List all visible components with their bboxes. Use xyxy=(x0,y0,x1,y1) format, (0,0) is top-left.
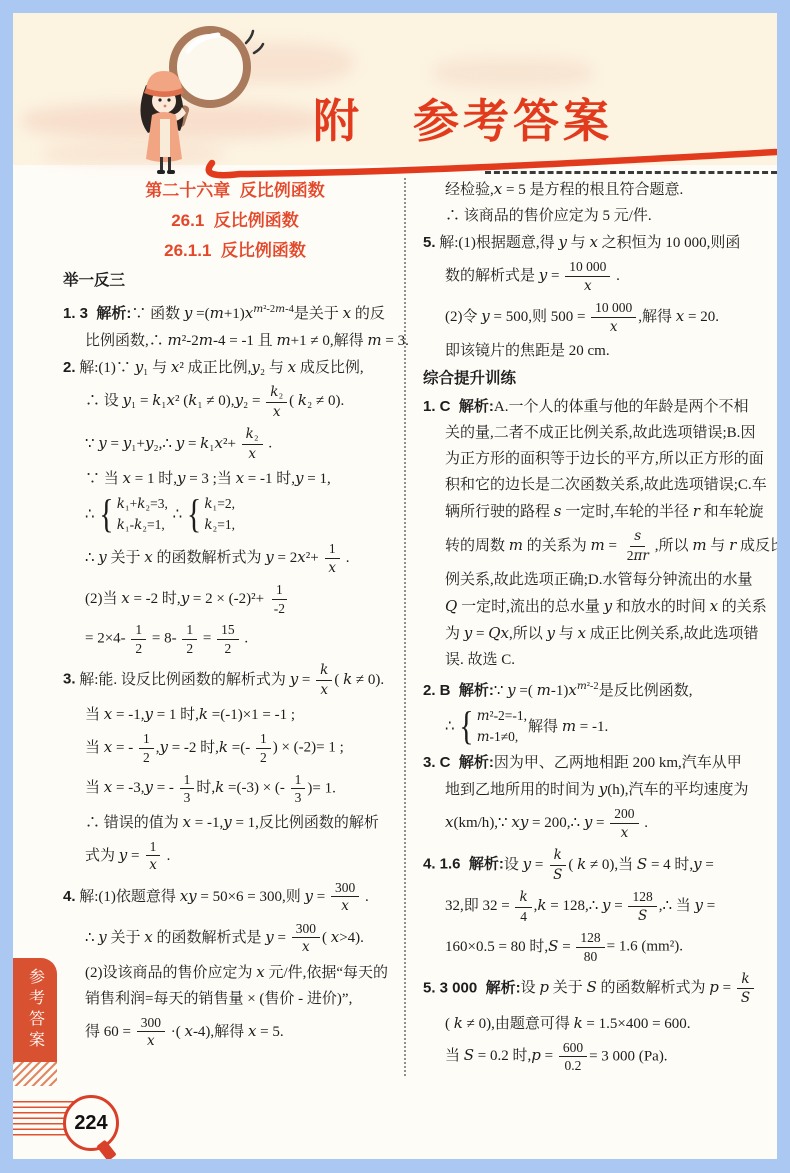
fraction: 12 xyxy=(131,621,146,657)
fraction: k₂x xyxy=(242,425,263,463)
text-line: 式为 y = 1x . xyxy=(63,836,407,877)
text-line: ∴ y 关于 x 的函数解析式为 y = 2x²+ 1x . xyxy=(63,538,407,579)
fraction: 1-2 xyxy=(270,581,289,617)
text-line: 4. 解:(1)依题意得 xy = 50×6 = 300,则 y = 300x … xyxy=(63,877,407,918)
text-line: (2)令 y = 500,则 500 = 10 000x,解得 x = 20. xyxy=(423,297,777,338)
motion-mark-icon xyxy=(246,31,253,43)
text-line: 当 x = -1,y = 1 时,k =(-1)×1 = -1 ; xyxy=(63,701,407,728)
fraction: 13 xyxy=(180,771,195,807)
equation-system: {k₁+k₂=3,k₁-k₂=1, xyxy=(99,494,168,536)
sidebar-tab-answers: 参考答案 xyxy=(13,958,57,1062)
motion-mark-icon xyxy=(254,44,263,53)
text-line: 经检验,x = 5 是方程的根且符合题意. xyxy=(423,176,777,203)
fraction: 300x xyxy=(331,879,359,916)
dashed-divider-horizontal xyxy=(485,171,777,174)
text-line: 当 S = 0.2 时,p = 6000.2= 3 000 (Pa). xyxy=(423,1037,777,1077)
sidebar-tab-label: 参考答案 xyxy=(24,968,47,1052)
fraction: k4 xyxy=(515,888,531,925)
fraction: 6000.2 xyxy=(559,1039,587,1075)
girl-leg xyxy=(160,157,163,171)
girl-mouth xyxy=(164,105,167,108)
text-line: ∵ y = y₁+y₂,∴ y = k₁x²+ k₂x . xyxy=(63,423,407,465)
page-header: 附 参考答案 xyxy=(13,13,777,165)
right-column: 经检验,x = 5 是方程的根且符合题意.∴ 该商品的售价应定为 5 元/件.5… xyxy=(423,176,777,1077)
text-line: 辆所行驶的路程 s 一定时,车轮的半径 r 和车轮旋 xyxy=(423,498,777,525)
fraction: kS xyxy=(737,970,754,1008)
text-line: 得 60 = 300x ·( x-4),解得 x = 5. xyxy=(63,1012,407,1053)
text-line: 3. 解:能. 设反比例函数的解析式为 y = kx( k ≠ 0). xyxy=(63,659,407,701)
fraction: 12880 xyxy=(576,929,604,965)
text-line: ∴ 设 y₁ = k₁x² (k₁ ≠ 0),y₂ = k₂x( k₂ ≠ 0)… xyxy=(63,381,407,423)
text-line: 比例函数,∴ m²-2m-4 = -1 且 m+1 ≠ 0,解得 m = 3. xyxy=(63,327,407,354)
text-line: Q 一定时,流出的总水量 y 和放水的时间 x 的关系 xyxy=(423,593,777,620)
text-line: 地到乙地所用的时间为 y(h),汽车的平均速度为 xyxy=(423,776,777,803)
text-line: ∴ {k₁+k₂=3,k₁-k₂=1, ∴ {k₁=2,k₂=1, xyxy=(63,492,407,538)
page-number: 224 xyxy=(74,1112,107,1135)
fraction: 128S xyxy=(628,888,656,925)
text-line: 为正方形的面积等于边长的平方,所以正方形的面 xyxy=(423,446,777,472)
text-line: 当 x = -3,y = - 13时,k =(-3) × (- 13)= 1. xyxy=(63,769,407,809)
text-line: 160×0.5 = 80 时,S = 12880= 1.6 (mm²). xyxy=(423,927,777,967)
text-line: 32,即 32 = k4,k = 128,∴ y = 128S,∴ 当 y = xyxy=(423,886,777,927)
girl-shoe xyxy=(157,170,165,174)
show-through-blob xyxy=(433,58,593,88)
fraction: 12 xyxy=(182,621,197,657)
fraction: 152 xyxy=(217,621,239,657)
girl-eye xyxy=(158,98,161,101)
girl-leg xyxy=(168,157,171,171)
text-line: 积和它的边长是二次函数关系,故此选项错误;C.车 xyxy=(423,472,777,498)
text-line: 2. 解:(1)∵ y₁ 与 x² 成正比例,y₂ 与 x 成反比例, xyxy=(63,354,407,381)
title-underline-swoosh xyxy=(198,141,777,181)
magnifier-lens-icon xyxy=(173,30,247,104)
text-line: 例关系,故此选项正确;D.水管每分钟流出的水量 xyxy=(423,567,777,593)
text-line: ∴ 该商品的售价应定为 5 元/件. xyxy=(423,203,777,229)
text-line: 即该镜片的焦距是 20 cm. xyxy=(423,338,777,364)
text-line: 5. 3 000 解析:设 p 关于 S 的函数解析式为 p = kS xyxy=(423,968,777,1010)
section-heading: 综合提升训练 xyxy=(423,364,777,394)
text-line: (2)设该商品的售价应定为 x 元/件,依据“每天的 xyxy=(63,959,407,986)
fraction: 200x xyxy=(610,805,638,842)
text-line: 5. 解:(1)根据题意,得 y 与 x 之积恒为 10 000,则函 xyxy=(423,229,777,256)
section-heading: 举一反三 xyxy=(63,266,407,296)
girl-shoe xyxy=(167,170,175,174)
text-line: 关的量,二者不成正比例关系,故此选项错误;B.因 xyxy=(423,420,777,446)
text-line: 4. 1.6 解析:设 y = kS( k ≠ 0),当 S = 4 时,y = xyxy=(423,844,777,886)
text-line: = 2×4- 12 = 8- 12 = 152 . xyxy=(63,619,407,659)
equation-system: {m²-2=-1,m-1≠0, xyxy=(459,706,527,748)
fraction: k₂x xyxy=(266,383,287,421)
text-line: x(km/h),∵ xy = 200,∴ y = 200x . xyxy=(423,803,777,844)
text-line: 3. C 解析:因为甲、乙两地相距 200 km,汽车从甲 xyxy=(423,750,777,776)
sidebar-tab-hatch xyxy=(13,1062,57,1086)
text-line: 当 x = - 12,y = -2 时,k =(- 12) × (-2)= 1 … xyxy=(63,728,407,768)
text-line: ∴ {m²-2=-1,m-1≠0,解得 m = -1. xyxy=(423,704,777,750)
fraction: 10 000x xyxy=(591,299,636,336)
fraction: 300x xyxy=(137,1014,165,1051)
text-line: ∴ y 关于 x 的函数解析式是 y = 300x( x>4). xyxy=(63,918,407,959)
text-line: 转的周数 m 的关系为 m = s2πr,所以 m 与 r 成反比 xyxy=(423,525,777,567)
fraction: 12 xyxy=(256,730,271,766)
fraction: s2πr xyxy=(623,527,653,565)
text-line: 1. 3 解析:∵ 函数 y =(m+1)xm²-2m-4是关于 x 的反 xyxy=(63,296,407,327)
equation-system: {k₁=2,k₂=1, xyxy=(187,494,235,536)
left-column: 第二十六章 反比例函数26.1 反比例函数26.1.1 反比例函数举一反三1. … xyxy=(63,176,407,1053)
text-line: 数的解析式是 y = 10 000x . xyxy=(423,256,777,297)
badge-magnifier-handle-icon xyxy=(96,1140,116,1159)
fraction: 10 000x xyxy=(565,258,610,295)
chapter-heading: 26.1.1 反比例函数 xyxy=(63,236,407,266)
girl-eye xyxy=(167,98,170,101)
answer-page: 附 参考答案 第二十六章 反比例函数26.1 反比例函数26.1.1 反比例函数… xyxy=(13,13,777,1159)
page-number-badge: 224 xyxy=(63,1095,119,1151)
girl-dress xyxy=(160,119,170,157)
text-line: ( k ≠ 0),由题意可得 k = 1.5×400 = 600. xyxy=(423,1010,777,1037)
text-line: ∵ 当 x = 1 时,y = 3 ;当 x = -1 时,y = 1, xyxy=(63,465,407,492)
text-line: ∴ 错误的值为 x = -1,y = 1,反比例函数的解析 xyxy=(63,809,407,836)
fraction: kS xyxy=(549,846,566,884)
text-line: (2)当 x = -2 时,y = 2 × (-2)²+ 1-2 xyxy=(63,579,407,619)
text-line: 为 y = Qx,所以 y 与 x 成正比例关系,故此选项错 xyxy=(423,620,777,647)
fraction: 1x xyxy=(324,540,340,577)
text-line: 误. 故选 C. xyxy=(423,647,777,673)
text-line: 1. C 解析:A.一个人的体重与他的年龄是两个不相 xyxy=(423,394,777,420)
fraction: 1x xyxy=(145,838,161,875)
fraction: 12 xyxy=(139,730,154,766)
chapter-heading: 26.1 反比例函数 xyxy=(63,206,407,236)
fraction: 300x xyxy=(292,920,320,957)
chapter-heading: 第二十六章 反比例函数 xyxy=(63,176,407,206)
fraction: 13 xyxy=(291,771,306,807)
text-line: 销售利润=每天的销售量 × (售价 - 进价)”, xyxy=(63,986,407,1012)
fraction: kx xyxy=(316,661,332,699)
text-line: 2. B 解析:∵ y =( m-1)xm²-2是反比例函数, xyxy=(423,673,777,704)
